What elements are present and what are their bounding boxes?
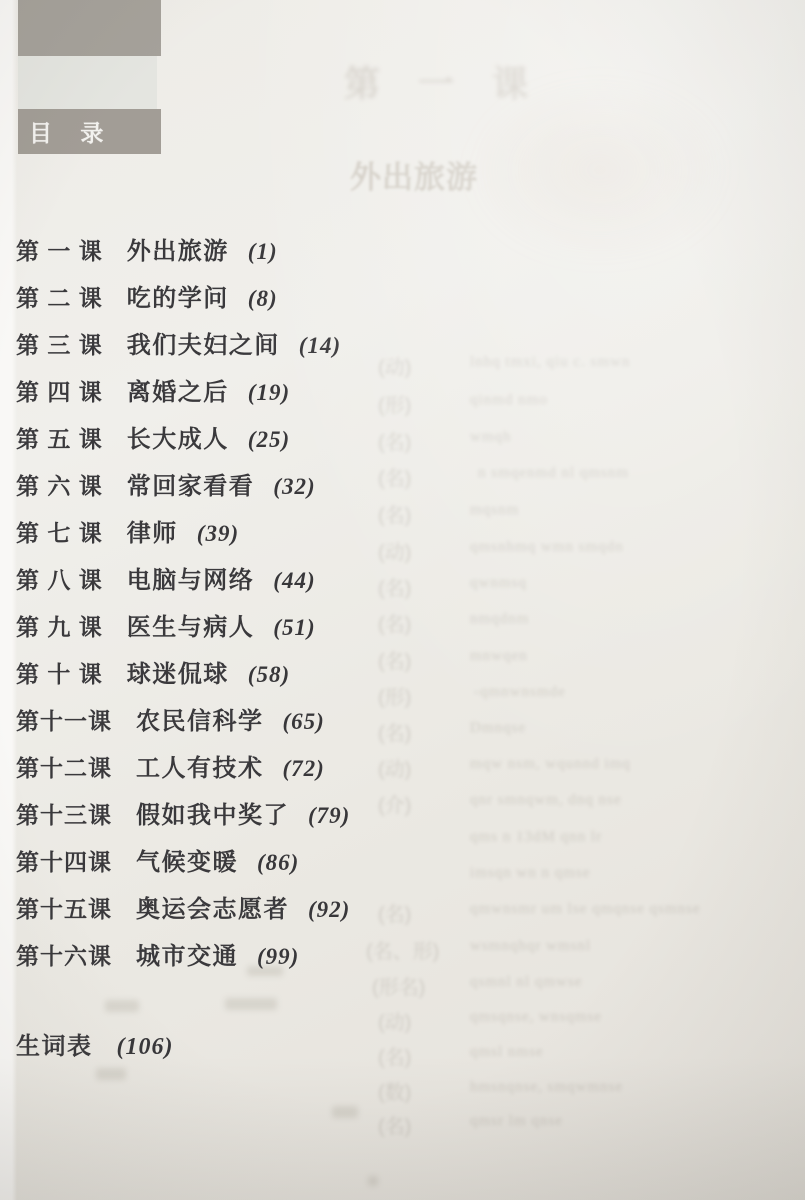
glossary-label: 生词表 xyxy=(16,1026,93,1061)
toc-entry: 第十四课 气候变暖 (86) xyxy=(16,842,786,889)
ghost-gloss-smudge: hmsnqnse, smqwmnse xyxy=(470,1079,623,1096)
ghost-vocab-row: (数) hmsnqnse, smqwmnse xyxy=(0,1076,805,1102)
header-band-dark xyxy=(18,0,161,56)
lesson-number: 第十六课 xyxy=(16,938,112,971)
lesson-number: 第 一 课 xyxy=(16,233,103,266)
lesson-title: 长大成人 xyxy=(127,419,229,454)
ink-smudge xyxy=(96,1068,126,1080)
toc-entry: 第 七 课 律师 (39) xyxy=(16,513,786,560)
lesson-number: 第 八 课 xyxy=(16,562,103,595)
lesson-title: 律师 xyxy=(127,513,178,548)
lesson-title: 球迷侃球 xyxy=(127,654,229,689)
lesson-page-number: (8) xyxy=(248,286,278,312)
lesson-title: 农民信科学 xyxy=(136,701,264,736)
lesson-title: 我们夫妇之间 xyxy=(127,325,280,360)
header-band-light xyxy=(18,56,157,109)
toc-entry: 第十三课 假如我中奖了 (79) xyxy=(16,795,786,842)
lesson-page-number: (1) xyxy=(248,239,278,265)
lesson-number: 第十五课 xyxy=(16,891,112,924)
toc-entry: 第 一 课 外出旅游 (1) xyxy=(16,231,786,278)
toc-entry: 第 八 课 电脑与网络 (44) xyxy=(16,560,786,607)
lesson-number: 第十二课 xyxy=(16,750,112,783)
lesson-title: 工人有技术 xyxy=(136,748,264,783)
ink-smudge xyxy=(332,1106,358,1118)
lesson-page-number: (79) xyxy=(308,803,350,829)
lesson-title: 城市交通 xyxy=(136,936,238,971)
lesson-page-number: (19) xyxy=(248,380,290,406)
lesson-number: 第 三 课 xyxy=(16,327,103,360)
lesson-page-number: (32) xyxy=(273,474,315,500)
glossary-page-number: (106) xyxy=(117,1034,174,1061)
ghost-gloss-smudge: qmsl nmse xyxy=(470,1044,544,1061)
ghost-pos-tag: (数) xyxy=(378,1076,411,1105)
lesson-page-number: (25) xyxy=(248,427,290,453)
ghost-gloss-smudge: qmsr lm qnse xyxy=(470,1113,563,1130)
lesson-page-number: (39) xyxy=(197,521,239,547)
ghost-pos-tag: (名) xyxy=(378,1041,411,1070)
lesson-number: 第十一课 xyxy=(16,703,112,736)
header-band-title: 目 录 xyxy=(18,109,161,154)
toc-list: 第 一 课 外出旅游 (1) 第 二 课 吃的学问 (8) 第 三 课 我们夫妇… xyxy=(16,231,786,983)
lesson-number: 第 六 课 xyxy=(16,468,103,501)
lesson-page-number: (65) xyxy=(283,709,325,735)
toc-entry: 第 六 课 常回家看看 (32) xyxy=(16,466,786,513)
ghost-gloss-smudge: qmsqnse, wnsqmse xyxy=(470,1009,602,1026)
lesson-title: 奥运会志愿者 xyxy=(136,889,289,924)
lesson-title: 医生与病人 xyxy=(127,607,255,642)
lesson-title: 常回家看看 xyxy=(127,466,255,501)
lesson-number: 第 七 课 xyxy=(16,515,103,548)
lesson-number: 第 五 课 xyxy=(16,421,103,454)
lesson-page-number: (44) xyxy=(273,568,315,594)
lesson-title: 吃的学问 xyxy=(127,278,229,313)
lesson-page-number: (14) xyxy=(299,333,341,359)
lesson-page-number: (51) xyxy=(273,615,315,641)
ghost-pos-tag: (名) xyxy=(378,1110,411,1139)
lesson-page-number: (99) xyxy=(257,944,299,970)
toc-entry: 第 二 课 吃的学问 (8) xyxy=(16,278,786,325)
toc-entry: 第 三 课 我们夫妇之间 (14) xyxy=(16,325,786,372)
lesson-number: 第 十 课 xyxy=(16,656,103,689)
lesson-page-number: (86) xyxy=(257,850,299,876)
page-title: 目 录 xyxy=(18,115,104,148)
ghost-vocab-row: (名) qmsr lm qnse xyxy=(0,1110,805,1136)
ghost-lesson-heading: 第 一 课 xyxy=(344,56,542,107)
toc-entry: 第 九 课 医生与病人 (51) xyxy=(16,607,786,654)
lesson-page-number: (92) xyxy=(308,897,350,923)
lesson-title: 气候变暖 xyxy=(136,842,238,877)
toc-entry: 第 五 课 长大成人 (25) xyxy=(16,419,786,466)
ghost-lesson-title: 外出旅游 xyxy=(350,152,478,197)
lesson-page-number: (58) xyxy=(248,662,290,688)
lesson-number: 第 二 课 xyxy=(16,280,103,313)
glossary-entry: 生词表 (106) xyxy=(16,1026,173,1061)
page-edge xyxy=(0,0,17,1200)
ghost-pos-tag: (动) xyxy=(378,1006,411,1035)
ink-smudge xyxy=(225,998,277,1010)
toc-entry: 第十一课 农民信科学 (65) xyxy=(16,701,786,748)
lesson-title: 电脑与网络 xyxy=(127,560,255,595)
ink-smudge xyxy=(105,1000,139,1012)
lesson-page-number: (72) xyxy=(283,756,325,782)
toc-entry: 第 十 课 球迷侃球 (58) xyxy=(16,654,786,701)
lesson-number: 第十四课 xyxy=(16,844,112,877)
lesson-number: 第 四 课 xyxy=(16,374,103,407)
lesson-title: 假如我中奖了 xyxy=(136,795,289,830)
toc-header-block: 目 录 xyxy=(18,0,161,154)
lesson-number: 第 九 课 xyxy=(16,609,103,642)
ink-smudge xyxy=(368,1176,378,1186)
lesson-number: 第十三课 xyxy=(16,797,112,830)
lesson-title: 外出旅游 xyxy=(127,231,229,266)
toc-entry: 第十五课 奥运会志愿者 (92) xyxy=(16,889,786,936)
toc-entry: 第十六课 城市交通 (99) xyxy=(16,936,786,983)
lesson-title: 离婚之后 xyxy=(127,372,229,407)
toc-entry: 第十二课 工人有技术 (72) xyxy=(16,748,786,795)
toc-entry: 第 四 课 离婚之后 (19) xyxy=(16,372,786,419)
book-page: 第 一 课 外出旅游 (动) lnhq tmxi, qiu c. smwn (形… xyxy=(0,0,805,1200)
